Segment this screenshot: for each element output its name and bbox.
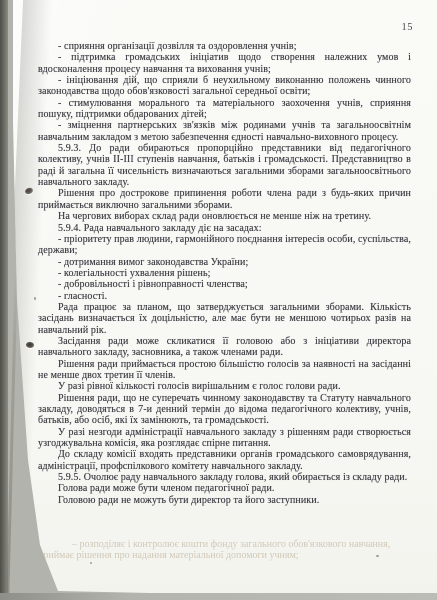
paragraph: Засідання ради може скликатися її голово… [38, 336, 411, 359]
ghost-bleed-through-text: – розподіляє і контролює кошти фонду заг… [38, 539, 411, 562]
paragraph: До складу комісії входять представники о… [38, 449, 411, 472]
scan-speck [376, 555, 379, 557]
paragraph: У разі рівної кількості голосів вирішаль… [38, 381, 411, 392]
page-number: 15 [402, 22, 414, 33]
scanner-bottom-strip [0, 593, 437, 600]
paragraph: Голова ради може бути членом педагогічно… [38, 483, 411, 494]
paper-sheet: 15 - сприяння організації дозвілля та оз… [0, 0, 437, 600]
paragraph: Рада працює за планом, що затверджується… [38, 302, 411, 336]
paragraph: - стимулювання морального та матеріально… [38, 98, 411, 121]
paragraph: 5.9.3. До ради обираються пропорційно пр… [38, 143, 411, 188]
ghost-line: приймає рішення про надання матеріальної… [38, 550, 411, 561]
scan-speck [90, 562, 92, 564]
scanner-edge-strip [0, 0, 8, 600]
paragraph: У разі незгоди адміністрації навчального… [38, 427, 411, 450]
scan-speck [34, 297, 36, 300]
paragraph: - пріоритету прав людини, гармонійного п… [38, 234, 411, 257]
paragraph: 5.9.5. Очолює раду навчального закладу г… [38, 472, 411, 483]
paragraph: - сприяння організації дозвілля та оздор… [38, 41, 411, 52]
paragraph: 5.9.4. Рада навчального закладу діє на з… [38, 223, 411, 234]
paragraph: Рішення про дострокове припинення роботи… [38, 188, 411, 211]
paragraph: Рішення ради, що не суперечать чинному з… [38, 393, 411, 427]
paragraph: - дотримання вимог законодавства України… [38, 257, 411, 268]
document-text: - сприяння організації дозвілля та оздор… [38, 41, 411, 506]
ghost-line: – розподіляє і контролює кошти фонду заг… [38, 539, 411, 550]
paragraph: - ініціювання дій, що сприяли б неухильн… [38, 75, 411, 98]
paragraph: - зміцнення партнерських зв'язків між ро… [38, 120, 411, 143]
paragraph: - добровільності і рівноправності членст… [38, 279, 411, 290]
paragraph: - підтримка громадських ініціатив щодо с… [38, 52, 411, 75]
paragraph: Головою ради не можуть бути директор та … [38, 495, 411, 506]
paragraph: Рішення ради приймається простою більшіс… [38, 359, 411, 382]
paragraph: На чергових виборах склад ради оновлюєть… [38, 211, 411, 222]
paragraph: - гласності. [38, 291, 411, 302]
scanned-page: 15 - сприяння організації дозвілля та оз… [0, 0, 437, 600]
paragraph: - колегіальності ухвалення рішень; [38, 268, 411, 279]
